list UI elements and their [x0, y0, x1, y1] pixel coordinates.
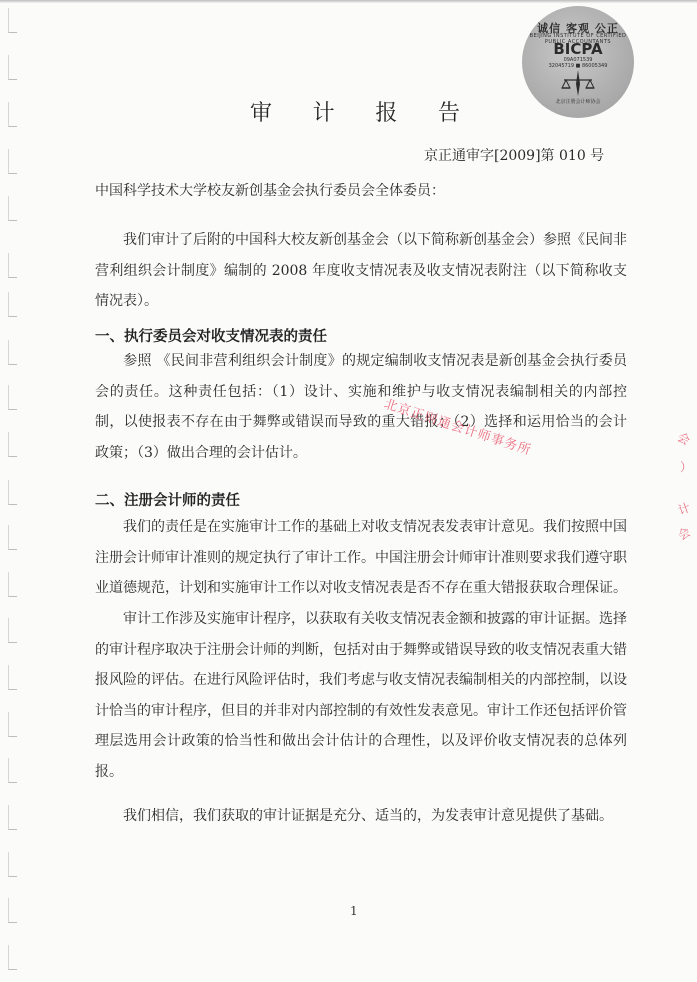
binding-mark	[8, 805, 17, 830]
edge-seal-char: 会	[675, 428, 694, 449]
binding-mark	[8, 758, 17, 783]
binding-holes	[8, 0, 20, 982]
document-title: 审 计 报 告	[250, 96, 460, 127]
section2-heading: 二、注册会计师的责任	[95, 489, 240, 510]
bicpa-seal: 诚信 客观 公正 BEIJING INSTITUTE OF CERTIFIED …	[522, 6, 634, 118]
section1-paragraph: 参照 《民间非营利组织会计制度》的规定编制收支情况表是新创基金会执行委员会的责任…	[95, 346, 627, 468]
page-number: 1	[350, 904, 358, 918]
binding-mark	[8, 572, 17, 597]
binding-mark	[8, 665, 17, 690]
section2-text-1: 我们的责任是在实施审计工作的基础上对收支情况表发表审计意见。我们按照中国注册会计…	[95, 519, 627, 596]
binding-mark	[8, 196, 17, 221]
section2-paragraph-3: 我们相信，我们获取的审计证据是充分、适当的，为发表审计意见提供了基础。	[95, 801, 627, 832]
section1-text: 参照 《民间非营利组织会计制度》的规定编制收支情况表是新创基金会执行委员会的责任…	[95, 353, 627, 461]
edge-seal-marks: 会 ） 计 会	[672, 430, 692, 550]
section1-heading: 一、执行委员会对收支情况表的责任	[95, 325, 327, 346]
binding-mark	[8, 385, 17, 410]
section2-paragraph-2: 审计工作涉及实施审计程序，以获取有关收支情况表金额和披露的审计证据。选择的审计程…	[95, 604, 627, 787]
binding-mark	[8, 618, 17, 643]
binding-mark	[8, 712, 17, 737]
binding-mark	[8, 292, 17, 317]
seal-code: 09A071539 32045719 ■ 86005349	[522, 57, 634, 69]
binding-mark	[8, 340, 17, 365]
binding-mark	[8, 149, 17, 174]
reference-number: 京正通审字[2009]第 010 号	[424, 145, 604, 165]
edge-seal-char: ）	[680, 458, 692, 475]
edge-seal-char: 计	[675, 498, 692, 518]
binding-mark	[8, 55, 17, 80]
binding-mark	[8, 945, 17, 970]
section2-text-3: 我们相信，我们获取的审计证据是充分、适当的，为发表审计意见提供了基础。	[123, 808, 613, 824]
title-char: 告	[438, 96, 460, 127]
scales-emblem-icon	[560, 70, 596, 96]
seal-bottom-text: 北京注册会计师协会	[522, 98, 634, 105]
edge-seal-char: 会	[675, 523, 694, 544]
binding-mark	[8, 480, 17, 505]
binding-mark	[8, 253, 17, 278]
section2-text-2: 审计工作涉及实施审计程序，以获取有关收支情况表金额和披露的审计证据。选择的审计程…	[95, 611, 627, 780]
binding-mark	[8, 8, 17, 33]
binding-mark	[8, 432, 17, 457]
binding-mark	[8, 525, 17, 550]
seal-acronym: BICPA	[522, 40, 634, 58]
title-char: 报	[375, 96, 397, 127]
binding-mark	[8, 102, 17, 127]
title-char: 审	[250, 96, 272, 127]
addressee: 中国科学技术大学校友新创基金会执行委员会全体委员：	[95, 180, 445, 200]
section2-paragraph-1: 我们的责任是在实施审计工作的基础上对收支情况表发表审计意见。我们按照中国注册会计…	[95, 512, 627, 604]
page-top-edge	[0, 0, 697, 3]
intro-paragraph: 我们审计了后附的中国科大校友新创基金会（以下简称新创基金会）参照《民间非营利组织…	[95, 225, 627, 317]
title-char: 计	[313, 96, 335, 127]
intro-text: 我们审计了后附的中国科大校友新创基金会（以下简称新创基金会）参照《民间非营利组织…	[95, 232, 627, 309]
binding-mark	[8, 898, 17, 923]
binding-mark	[8, 852, 17, 877]
seal-code-line2: 32045719 ■ 86005349	[522, 63, 634, 69]
